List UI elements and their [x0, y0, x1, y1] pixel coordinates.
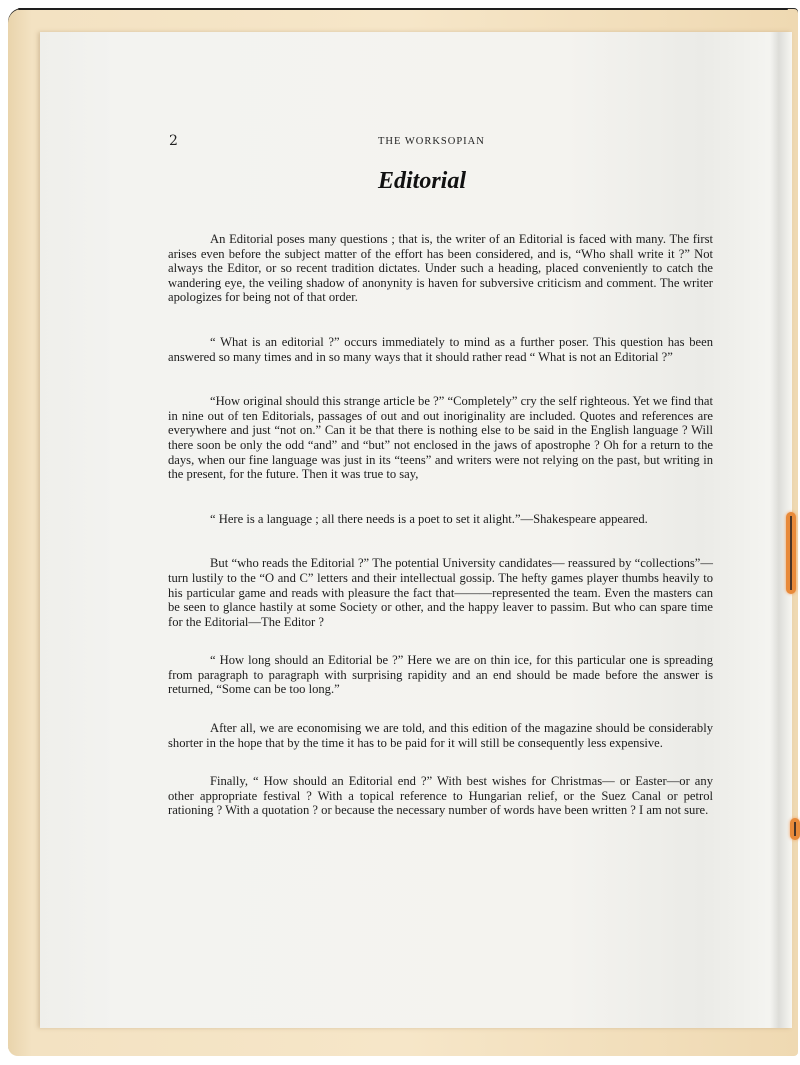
paragraph: “ What is an editorial ?” occurs immedia…: [168, 335, 713, 364]
paragraph: But “who reads the Editorial ?” The pote…: [168, 556, 713, 629]
paragraph: An Editorial poses many questions ; that…: [168, 232, 713, 305]
article-title: Editorial: [378, 168, 466, 195]
journal-title: THE WORKSOPIAN: [378, 136, 485, 147]
page-number: 2: [169, 133, 178, 149]
paragraph: “How original should this strange articl…: [168, 394, 713, 482]
cover-edge: [18, 8, 788, 10]
article-body: An Editorial poses many questions ; that…: [168, 232, 713, 818]
staple-rust-mark: [790, 818, 800, 840]
staple-rust-mark: [786, 512, 796, 594]
paragraph: Finally, “ How should an Editorial end ?…: [168, 774, 713, 818]
paragraph: After all, we are economising we are tol…: [168, 721, 713, 750]
paragraph: “ How long should an Editorial be ?” Her…: [168, 653, 713, 697]
scanned-magazine-page: 2 THE WORKSOPIAN Editorial An Editorial …: [0, 0, 800, 1065]
paragraph: “ Here is a language ; all there needs i…: [168, 512, 713, 527]
